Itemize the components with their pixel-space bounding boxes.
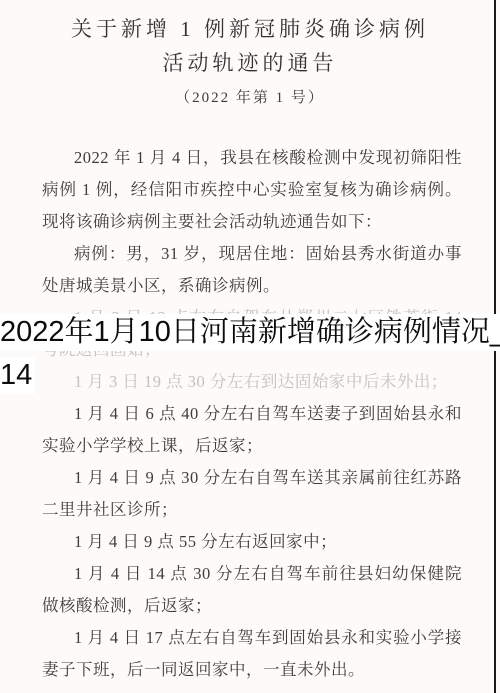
watermark-caption: 2022年1月10日河南新增确诊病例情况_917 14 xyxy=(0,314,500,394)
paragraph-track-jan4-clinic: 1 月 4 日 9 点 30 分左右自驾车送其亲属前往红苏路二里井社区诊所； xyxy=(42,462,462,526)
watermark-caption-line1: 2022年1月10日河南新增确诊病例情况_917 xyxy=(0,314,500,351)
paragraph-track-jan4-test: 1 月 4 日 14 点 30 分左右自驾车前往县妇幼保健院做核酸检测，后返家； xyxy=(42,558,462,622)
scanned-notice-page: 关于新增 1 例新冠肺炎确诊病例 活动轨迹的通告 （2022 年第 1 号） 2… xyxy=(0,0,500,693)
paragraph-case-discovery: 2022 年 1 月 4 日，我县在核酸检测中发现初筛阳性病例 1 例，经信阳市… xyxy=(42,142,462,238)
notice-body: 2022 年 1 月 4 日，我县在核酸检测中发现初筛阳性病例 1 例，经信阳市… xyxy=(42,142,462,686)
watermark-caption-line2: 14 xyxy=(0,357,35,394)
paragraph-track-jan4-return: 1 月 4 日 9 点 55 分左右返回家中； xyxy=(42,526,462,558)
paragraph-track-jan4-pickup: 1 月 4 日 17 点左右自驾车到固始县永和实验小学接妻子下班，后一同返回家中… xyxy=(42,622,462,686)
paragraph-track-jan4-school: 1 月 4 日 6 点 40 分左右自驾车送妻子到固始县永和实验小学学校上课，后… xyxy=(42,398,462,462)
notice-issue-number: （2022 年第 1 号） xyxy=(0,87,500,109)
notice-title-line2: 活动轨迹的通告 xyxy=(0,46,500,80)
notice-title-line1: 关于新增 1 例新冠肺炎确诊病例 xyxy=(0,12,500,46)
paragraph-case-profile: 病例：男，31 岁，现居住地：固始县秀水街道办事处唐城美景小区，系确诊病例。 xyxy=(42,238,462,302)
